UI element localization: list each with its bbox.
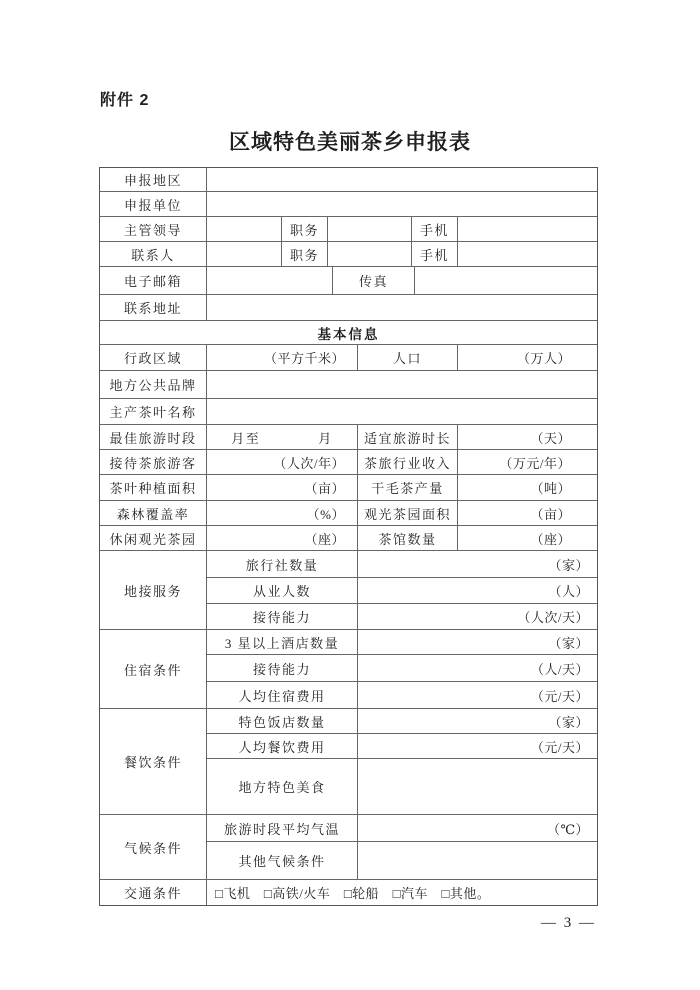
table-row: 联系人 职务 手机 [100,242,597,267]
table-row: 电子邮箱 传真 [100,267,597,295]
input-cell [207,295,597,320]
table-row: 人均餐饮费用 （元/天） [207,734,597,759]
input-cell [458,217,597,241]
field-label: 地方公共品牌 [100,371,207,398]
field-label: 人均住宿费用 [207,682,358,708]
input-cell [458,242,597,266]
table-row: 其他气候条件 [207,842,597,879]
transport-checkbox-options: □飞机 □高铁/火车 □轮船 □汽车 □其他。 [207,880,597,905]
input-cell [207,371,597,398]
table-row: 最佳旅游时段 月至 月 适宜旅游时长 （天） [100,425,597,450]
input-cell [207,168,597,191]
field-label: 行政区域 [100,345,207,370]
field-label: 干毛茶产量 [358,475,458,500]
unit-label: （%） [207,501,358,525]
field-label: 特色饭店数量 [207,709,358,733]
field-label: 从业人数 [207,578,358,603]
unit-label: （座） [207,526,358,550]
unit-label: （吨） [458,475,597,500]
field-label: 旅行社数量 [207,551,358,577]
unit-label: （座） [458,526,597,550]
unit-label: （人次/年） [207,450,358,474]
application-form-table: 申报地区 申报单位 主管领导 职务 手机 联系人 职务 手机 电子邮箱 传真 联… [99,167,598,906]
unit-label: （天） [458,425,597,449]
table-row: 茶叶种植面积 （亩） 干毛茶产量 （吨） [100,475,597,501]
unit-label: （平方千米） [207,345,358,370]
table-row: 森林覆盖率 （%） 观光茶园面积 （亩） [100,501,597,526]
table-row: 申报地区 [100,168,597,192]
input-cell [328,242,412,266]
table-row: 从业人数 （人） [207,578,597,604]
field-label: 手机 [412,242,458,266]
field-label: 人均餐饮费用 [207,734,358,758]
section-row: 气候条件 旅游时段平均气温 （℃） 其他气候条件 [100,815,597,880]
field-label: 主管领导 [100,217,207,241]
section-label: 地接服务 [100,551,207,629]
form-title: 区域特色美丽茶乡申报表 [0,126,700,156]
section-row: 住宿条件 3 星以上酒店数量 （家） 接待能力 （人/天） 人均住宿费用 （元/… [100,630,597,709]
table-row: 接待能力 （人/天） [207,655,597,682]
field-label: 3 星以上酒店数量 [207,630,358,654]
unit-label: （亩） [458,501,597,525]
input-cell [207,242,282,266]
unit-label: （家） [358,551,597,577]
unit-label: （元/天） [358,682,597,708]
table-row: 接待能力 （人次/天） [207,604,597,629]
unit-label: （家） [358,709,597,733]
table-row: 交通条件 □飞机 □高铁/火车 □轮船 □汽车 □其他。 [100,880,597,905]
input-cell [358,759,597,814]
field-label: 交通条件 [100,880,207,905]
table-row: 旅行社数量 （家） [207,551,597,578]
field-label: 申报地区 [100,168,207,191]
input-cell [415,267,597,294]
unit-label: （家） [358,630,597,654]
input-cell [358,842,597,879]
table-row: 申报单位 [100,192,597,217]
input-cell [207,399,597,424]
table-row: 地方公共品牌 [100,371,597,399]
table-row: 3 星以上酒店数量 （家） [207,630,597,655]
unit-label: （亩） [207,475,358,500]
field-label: 茶叶种植面积 [100,475,207,500]
field-label: 接待能力 [207,655,358,681]
input-cell [207,217,282,241]
field-label: 接待能力 [207,604,358,629]
field-label: 主产茶叶名称 [100,399,207,424]
field-label: 职务 [282,242,328,266]
field-label: 人口 [358,345,458,370]
field-label: 传真 [333,267,415,294]
field-label: 手机 [412,217,458,241]
field-label: 旅游时段平均气温 [207,815,358,841]
input-cell: 月至 月 [207,425,358,449]
field-label: 联系人 [100,242,207,266]
section-label: 住宿条件 [100,630,207,708]
table-row: 旅游时段平均气温 （℃） [207,815,597,842]
unit-label: （人） [358,578,597,603]
page-number: — 3 — [541,915,596,932]
section-label: 餐饮条件 [100,709,207,814]
field-label: 电子邮箱 [100,267,207,294]
table-row: 主产茶叶名称 [100,399,597,425]
table-row: 联系地址 [100,295,597,321]
field-label: 森林覆盖率 [100,501,207,525]
unit-label: （℃） [358,815,597,841]
field-label: 接待茶旅游客 [100,450,207,474]
input-cell [207,267,333,294]
attachment-label: 附件 2 [100,87,149,110]
unit-label: （人次/天） [358,604,597,629]
unit-label: （元/天） [358,734,597,758]
unit-label: （万人） [458,345,597,370]
field-label: 联系地址 [100,295,207,320]
field-label: 茶馆数量 [358,526,458,550]
section-row: 地接服务 旅行社数量 （家） 从业人数 （人） 接待能力 （人次/天） [100,551,597,630]
field-label: 地方特色美食 [207,759,358,814]
field-label: 其他气候条件 [207,842,358,879]
table-row: 行政区域 （平方千米） 人口 （万人） [100,345,597,371]
table-row: 休闲观光茶园 （座） 茶馆数量 （座） [100,526,597,551]
table-row: 地方特色美食 [207,759,597,814]
input-cell [328,217,412,241]
field-label: 观光茶园面积 [358,501,458,525]
input-cell [207,192,597,216]
field-label: 适宜旅游时长 [358,425,458,449]
field-label: 最佳旅游时段 [100,425,207,449]
section-label: 气候条件 [100,815,207,879]
section-row: 餐饮条件 特色饭店数量 （家） 人均餐饮费用 （元/天） 地方特色美食 [100,709,597,815]
table-row: 特色饭店数量 （家） [207,709,597,734]
table-row: 基本信息 [100,321,597,345]
unit-label: （万元/年） [458,450,597,474]
unit-label: （人/天） [358,655,597,681]
field-label: 职务 [282,217,328,241]
field-label: 茶旅行业收入 [358,450,458,474]
section-header: 基本信息 [100,321,597,344]
table-row: 人均住宿费用 （元/天） [207,682,597,708]
table-row: 主管领导 职务 手机 [100,217,597,242]
field-label: 休闲观光茶园 [100,526,207,550]
table-row: 接待茶旅游客 （人次/年） 茶旅行业收入 （万元/年） [100,450,597,475]
field-label: 申报单位 [100,192,207,216]
